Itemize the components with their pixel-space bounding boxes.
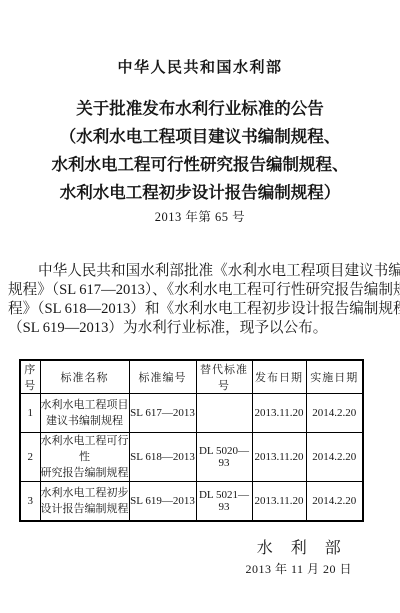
paragraph-line-2: 规程》（SL 617—2013）、《水利水电工程可行性研究报告编制规 (8, 281, 394, 300)
col-header-impl-date: 实施日期 (306, 360, 363, 394)
signature-block: 水 利 部 2013 年 11 月 20 日 (245, 538, 352, 577)
signature-date: 2013 年 11 月 20 日 (245, 562, 352, 577)
title-line-3: 水利水电工程可行性研究报告编制规程、 (0, 151, 400, 179)
table-row: 2 水利水电工程可行性 研究报告编制规程 SL 618—2013 DL 5020… (20, 433, 363, 482)
title-line-4: 水利水电工程初步设计报告编制规程） (0, 179, 400, 207)
cell-name-line: 水利水电工程项目 (41, 397, 129, 413)
cell-name-line: 建议书编制规程 (41, 413, 129, 429)
cell-seq: 3 (20, 482, 40, 521)
document-number: 2013 年第 65 号 (0, 210, 400, 225)
cell-issue-date: 2013.11.20 (252, 394, 306, 433)
cell-replaced (196, 394, 252, 433)
col-header-code: 标准编号 (129, 360, 196, 394)
table-header-row: 序号 标准名称 标准编号 替代标准号 发布日期 实施日期 (20, 360, 363, 394)
cell-code: SL 619—2013 (129, 482, 196, 521)
cell-name-line: 水利水电工程可行性 (41, 433, 129, 465)
body-paragraph: 中华人民共和国水利部批准《水利水电工程项目建议书编制 规程》（SL 617—20… (8, 262, 394, 338)
title-line-1: 关于批准发布水利行业标准的公告 (0, 95, 400, 123)
cell-name-line: 研究报告编制规程 (41, 465, 129, 481)
cell-impl-date: 2014.2.20 (306, 433, 363, 482)
paragraph-line-1: 中华人民共和国水利部批准《水利水电工程项目建议书编制 (8, 262, 394, 281)
col-header-replaced: 替代标准号 (196, 360, 252, 394)
cell-issue-date: 2013.11.20 (252, 482, 306, 521)
cell-code: SL 617—2013 (129, 394, 196, 433)
announcement-title: 关于批准发布水利行业标准的公告 （水利水电工程项目建议书编制规程、 水利水电工程… (0, 95, 400, 207)
table-row: 1 水利水电工程项目 建议书编制规程 SL 617—2013 2013.11.2… (20, 394, 363, 433)
cell-code: SL 618—2013 (129, 433, 196, 482)
table-row: 3 水利水电工程初步 设计报告编制规程 SL 619—2013 DL 5021—… (20, 482, 363, 521)
cell-seq: 2 (20, 433, 40, 482)
cell-name-line: 设计报告编制规程 (41, 501, 129, 517)
cell-impl-date: 2014.2.20 (306, 394, 363, 433)
cell-issue-date: 2013.11.20 (252, 433, 306, 482)
paragraph-line-3: 程》（SL 618—2013）和《水利水电工程初步设计报告编制规程》 (8, 300, 394, 319)
cell-impl-date: 2014.2.20 (306, 482, 363, 521)
signature-name: 水 利 部 (245, 538, 352, 559)
col-header-seq: 序号 (20, 360, 40, 394)
cell-name: 水利水电工程初步 设计报告编制规程 (40, 482, 129, 521)
col-header-issue-date: 发布日期 (252, 360, 306, 394)
cell-name: 水利水电工程可行性 研究报告编制规程 (40, 433, 129, 482)
document-page: 中华人民共和国水利部 关于批准发布水利行业标准的公告 （水利水电工程项目建议书编… (0, 0, 400, 613)
paragraph-line-4: （SL 619—2013）为水利行业标准，现予以公布。 (8, 319, 394, 338)
cell-name: 水利水电工程项目 建议书编制规程 (40, 394, 129, 433)
cell-seq: 1 (20, 394, 40, 433)
ministry-name: 中华人民共和国水利部 (0, 0, 400, 78)
title-line-2: （水利水电工程项目建议书编制规程、 (0, 123, 400, 151)
cell-name-line: 水利水电工程初步 (41, 485, 129, 501)
cell-replaced: DL 5020—93 (196, 433, 252, 482)
standards-table: 序号 标准名称 标准编号 替代标准号 发布日期 实施日期 1 水利水电工程项目 … (19, 359, 364, 522)
col-header-name: 标准名称 (40, 360, 129, 394)
cell-replaced: DL 5021—93 (196, 482, 252, 521)
